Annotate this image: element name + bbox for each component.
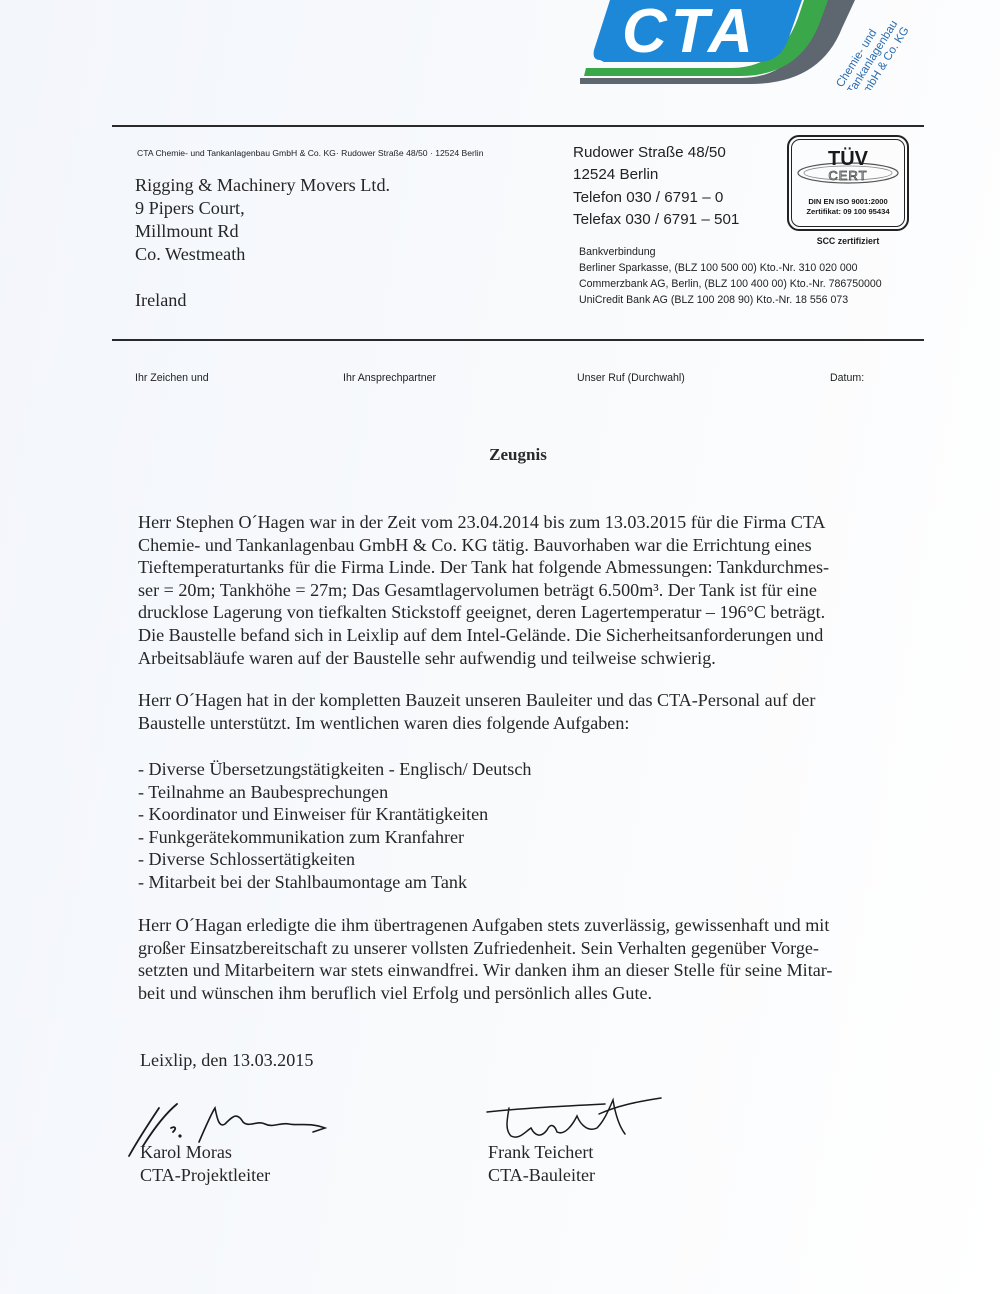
signer-project-lead: Karol Moras CTA-Projektleiter bbox=[140, 1141, 270, 1186]
task-item: - Diverse Schlossertätigkeiten bbox=[138, 848, 531, 871]
signer-role: CTA-Projektleiter bbox=[140, 1164, 270, 1187]
recipient-county: Co. Westmeath bbox=[135, 243, 390, 266]
bank-label: Bankverbindung bbox=[579, 244, 882, 260]
task-item: - Mitarbeit bei der Stahlbaumontage am T… bbox=[138, 871, 531, 894]
header-bottom-rule bbox=[112, 339, 924, 341]
text-line: Die Baustelle befand sich in Leixlip auf… bbox=[138, 624, 918, 647]
text-line: setzten und Mitarbeitern war stets einwa… bbox=[138, 959, 918, 982]
bank-account: Commerzbank AG, Berlin, (BLZ 100 400 00)… bbox=[579, 276, 882, 292]
tuv-cert-logo-icon: TÜV CERT bbox=[794, 143, 902, 189]
text-line: Herr O´Hagan erledigte die ihm übertrage… bbox=[138, 914, 918, 937]
paragraph-employment: Herr Stephen O´Hagen war in der Zeit vom… bbox=[138, 511, 918, 669]
task-item: - Teilnahme an Baubesprechungen bbox=[138, 781, 531, 804]
signer-name: Karol Moras bbox=[140, 1141, 270, 1164]
date-label: Datum: bbox=[830, 372, 864, 384]
recipient-street: 9 Pipers Court, bbox=[135, 197, 390, 220]
certificate-number: Zertifikat: 09 100 95434 bbox=[789, 207, 907, 217]
iso-standard: DIN EN ISO 9001:2000 Zertifikat: 09 100 … bbox=[789, 197, 907, 217]
cta-logo: CTA Chemie- und Tankanlagenbau GmbH & Co… bbox=[580, 0, 1000, 90]
bank-details: Bankverbindung Berliner Sparkasse, (BLZ … bbox=[579, 244, 882, 308]
our-reference-label: Unser Ruf (Durchwahl) bbox=[577, 372, 685, 384]
svg-text:CTA: CTA bbox=[622, 0, 757, 66]
recipient-address: Rigging & Machinery Movers Ltd. 9 Pipers… bbox=[135, 174, 390, 312]
text-line: ser = 20m; Tankhöhe = 27m; Das Gesamtlag… bbox=[138, 579, 918, 602]
text-line: Herr Stephen O´Hagen war in der Zeit vom… bbox=[138, 511, 918, 534]
text-line: Tieftemperaturtanks für die Firma Linde.… bbox=[138, 556, 918, 579]
company-street: Rudower Straße 48/50 bbox=[573, 142, 739, 164]
company-phone: Telefon 030 / 6791 – 0 bbox=[573, 187, 739, 209]
sender-return-address: CTA Chemie- und Tankanlagenbau GmbH & Co… bbox=[137, 148, 483, 158]
text-line: drucklose Lagerung von tiefkalten Sticks… bbox=[138, 601, 918, 624]
text-line: Baustelle unterstützt. Im wentlichen war… bbox=[138, 712, 918, 735]
task-item: - Funkgerätekommunikation zum Kranfahrer bbox=[138, 826, 531, 849]
text-line: Chemie- und Tankanlagenbau GmbH & Co. KG… bbox=[138, 534, 918, 557]
company-fax: Telefax 030 / 6791 – 501 bbox=[573, 209, 739, 231]
signer-site-manager: Frank Teichert CTA-Bauleiter bbox=[488, 1141, 595, 1186]
svg-text:TÜV: TÜV bbox=[828, 147, 869, 170]
contact-person-label: Ihr Ansprechpartner bbox=[343, 372, 436, 384]
task-item: - Diverse Übersetzungstätigkeiten - Engl… bbox=[138, 758, 531, 781]
place-and-date: Leixlip, den 13.03.2015 bbox=[140, 1050, 313, 1071]
text-line: Herr O´Hagen hat in der kompletten Bauze… bbox=[138, 689, 918, 712]
document-title: Zeugnis bbox=[0, 445, 1000, 465]
task-item: - Koordinator und Einweiser für Krantäti… bbox=[138, 803, 531, 826]
paragraph-duties-intro: Herr O´Hagen hat in der kompletten Bauze… bbox=[138, 689, 918, 734]
signer-role: CTA-Bauleiter bbox=[488, 1164, 595, 1187]
svg-text:CERT: CERT bbox=[828, 168, 867, 183]
bank-account: Berliner Sparkasse, (BLZ 100 500 00) Kto… bbox=[579, 260, 882, 276]
company-city: 12524 Berlin bbox=[573, 164, 739, 186]
text-line: Arbeitsabläufe waren auf der Baustelle s… bbox=[138, 647, 918, 670]
text-line: großer Einsatzbereitschaft zu unserer vo… bbox=[138, 937, 918, 960]
header-top-rule bbox=[112, 125, 924, 127]
bank-account: UniCredit Bank AG (BLZ 100 208 90) Kto.-… bbox=[579, 292, 882, 308]
recipient-road: Millmount Rd bbox=[135, 220, 390, 243]
paragraph-evaluation: Herr O´Hagan erledigte die ihm übertrage… bbox=[138, 914, 918, 1004]
iso-standard-text: DIN EN ISO 9001:2000 bbox=[789, 197, 907, 207]
signer-name: Frank Teichert bbox=[488, 1141, 595, 1164]
task-list: - Diverse Übersetzungstätigkeiten - Engl… bbox=[138, 758, 531, 894]
recipient-company: Rigging & Machinery Movers Ltd. bbox=[135, 174, 390, 197]
your-reference-label: Ihr Zeichen und bbox=[135, 372, 209, 384]
signature-teichert bbox=[485, 1092, 665, 1148]
company-contact: Rudower Straße 48/50 12524 Berlin Telefo… bbox=[573, 142, 739, 231]
text-line: beit und wünschen ihm beruflich viel Erf… bbox=[138, 982, 918, 1005]
tuv-cert-badge: TÜV CERT DIN EN ISO 9001:2000 Zertifikat… bbox=[787, 135, 909, 231]
recipient-country: Ireland bbox=[135, 289, 390, 312]
